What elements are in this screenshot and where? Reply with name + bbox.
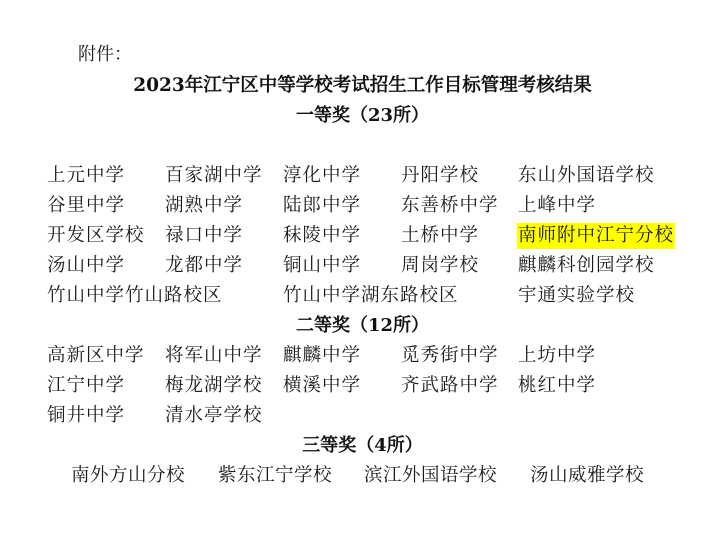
- school-name: 东山外国语学校: [518, 163, 655, 189]
- school-name: 铜山中学: [283, 253, 361, 279]
- school-name: 清水亭学校: [165, 403, 263, 429]
- school-name: 禄口中学: [165, 223, 243, 249]
- second-prize-heading: 二等奖（12所）: [0, 313, 725, 339]
- school-name: 土桥中学: [401, 223, 479, 249]
- second-prize-row-2: 江宁中学 梅龙湖学校 横溪中学 齐武路中学 桃红中学: [0, 373, 725, 401]
- third-prize-row: 南外方山分校 紫东江宁学校 滨江外国语学校 汤山威雅学校: [0, 463, 725, 491]
- school-name: 百家湖中学: [165, 163, 263, 189]
- school-name: 淳化中学: [283, 163, 361, 189]
- school-name: 铜井中学: [47, 403, 125, 429]
- school-name: 上坊中学: [518, 343, 596, 369]
- first-prize-row-2: 谷里中学 湖熟中学 陆郎中学 东善桥中学 上峰中学: [0, 193, 725, 221]
- second-prize-row-1: 高新区中学 将军山中学 麒麟中学 觅秀街中学 上坊中学: [0, 343, 725, 371]
- first-prize-row-3: 开发区学校 禄口中学 秣陵中学 土桥中学 南师附中江宁分校: [0, 223, 725, 251]
- document-title: 2023年江宁区中等学校考试招生工作目标管理考核结果: [0, 73, 725, 99]
- school-name: 陆郎中学: [283, 193, 361, 219]
- first-prize-heading: 一等奖（23所）: [0, 103, 725, 129]
- school-name: 齐武路中学: [401, 373, 499, 399]
- school-name: 江宁中学: [47, 373, 125, 399]
- school-name: 桃红中学: [518, 373, 596, 399]
- first-prize-row-1: 上元中学 百家湖中学 淳化中学 丹阳学校 东山外国语学校: [0, 163, 725, 191]
- attachment-label: 附件：: [78, 43, 132, 67]
- school-name: 将军山中学: [165, 343, 263, 369]
- school-name: 横溪中学: [283, 373, 361, 399]
- school-name: 汤山威雅学校: [530, 463, 644, 489]
- school-name: 南外方山分校: [71, 463, 185, 489]
- school-name: 宇通实验学校: [518, 283, 635, 309]
- school-name: 谷里中学: [47, 193, 125, 219]
- highlighted-school-name: 南师附中江宁分校: [517, 223, 675, 249]
- school-name: 竹山中学竹山路校区: [47, 283, 223, 309]
- school-name: 开发区学校: [47, 223, 145, 249]
- third-prize-heading: 三等奖（4所）: [0, 433, 725, 459]
- school-name: 丹阳学校: [401, 163, 479, 189]
- school-name: 汤山中学: [47, 253, 125, 279]
- school-name: 高新区中学: [47, 343, 145, 369]
- school-name: 上峰中学: [518, 193, 596, 219]
- school-name: 上元中学: [47, 163, 125, 189]
- school-name: 麒麟科创园学校: [518, 253, 655, 279]
- school-name: 湖熟中学: [165, 193, 243, 219]
- school-name: 梅龙湖学校: [165, 373, 263, 399]
- school-name: 觅秀街中学: [401, 343, 499, 369]
- school-name: 周岗学校: [401, 253, 479, 279]
- school-name: 竹山中学湖东路校区: [283, 283, 459, 309]
- second-prize-row-3: 铜井中学 清水亭学校: [0, 403, 725, 431]
- document-page: 附件： 2023年江宁区中等学校考试招生工作目标管理考核结果 一等奖（23所） …: [0, 0, 725, 538]
- school-name: 滨江外国语学校: [364, 463, 497, 489]
- first-prize-row-5: 竹山中学竹山路校区 竹山中学湖东路校区 宇通实验学校: [0, 283, 725, 311]
- school-name: 龙都中学: [165, 253, 243, 279]
- school-name: 东善桥中学: [401, 193, 499, 219]
- school-name: 秣陵中学: [283, 223, 361, 249]
- school-name: 紫东江宁学校: [218, 463, 332, 489]
- first-prize-row-4: 汤山中学 龙都中学 铜山中学 周岗学校 麒麟科创园学校: [0, 253, 725, 281]
- school-name: 麒麟中学: [283, 343, 361, 369]
